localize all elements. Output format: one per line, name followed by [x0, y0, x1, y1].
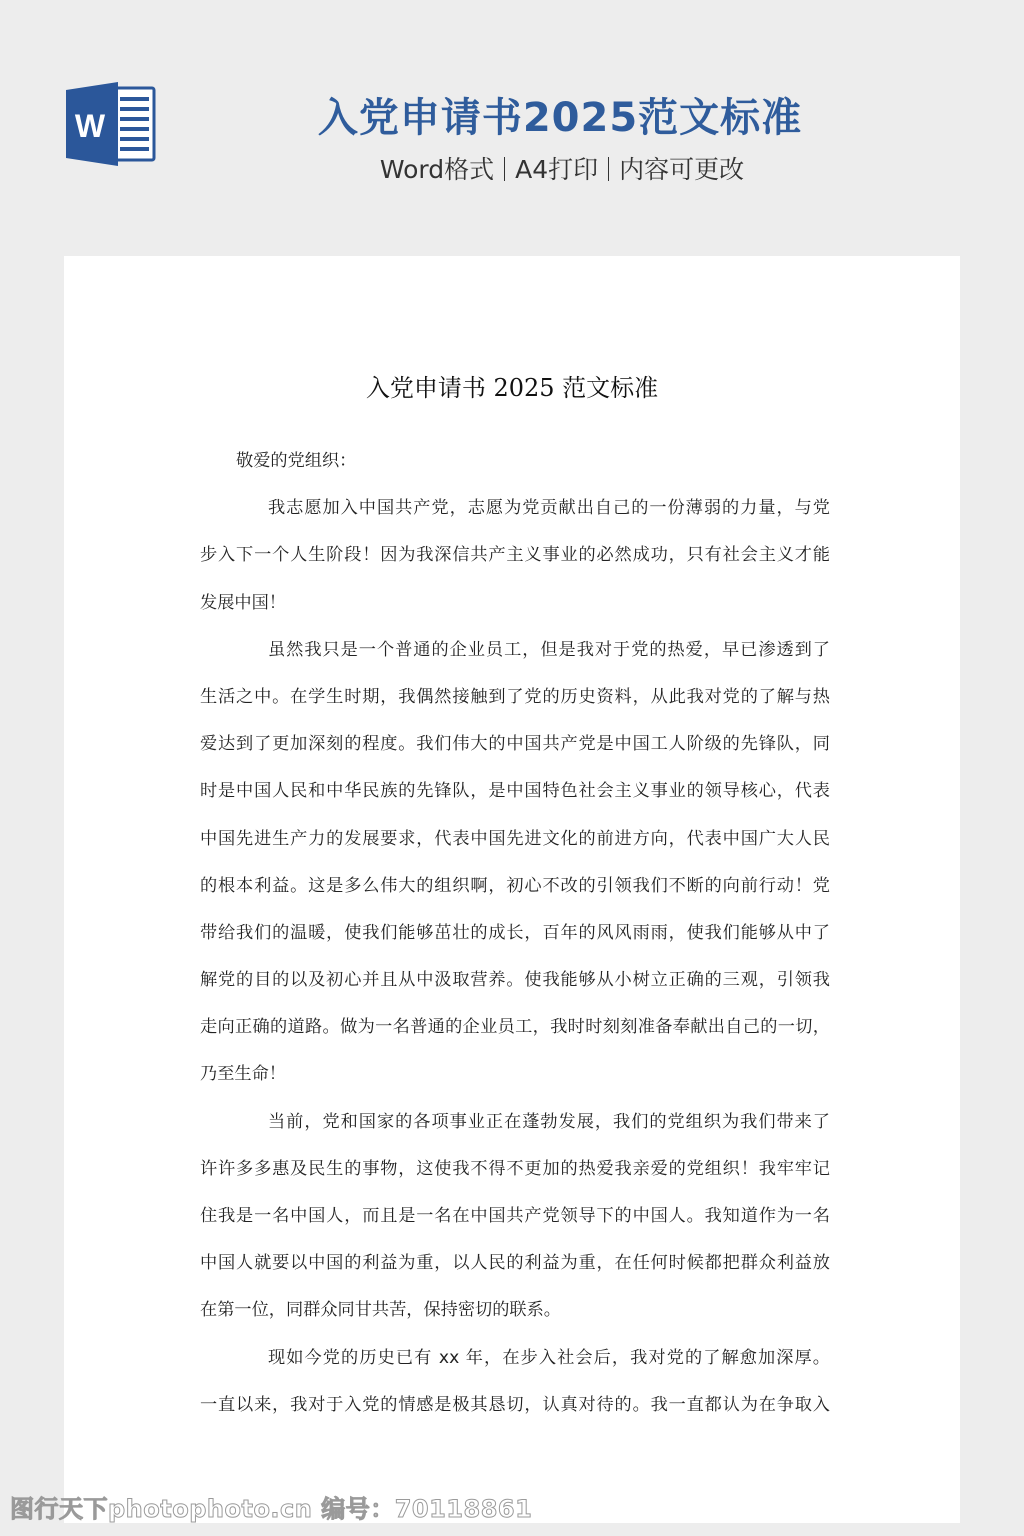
text-line: 中国人就要以中国的利益为重，以人民的利益为重，在任何时候都把群众利益放 [200, 1240, 830, 1287]
separator [608, 157, 609, 181]
document-title: 入党申请书 2025 范文标准 [64, 368, 960, 408]
document-body: 敬爱的党组织： 我志愿加入中国共产党，志愿为党贡献出自己的一份薄弱的力量，与党 … [200, 438, 830, 1429]
text-line: 步入下一个人生阶段！因为我深信共产主义事业的必然成功，只有社会主义才能 [200, 532, 830, 579]
text-line: 在第一位，同群众同甘共苦，保持密切的联系。 [200, 1287, 830, 1334]
format-label: Word格式 [380, 155, 494, 184]
print-label: A4打印 [515, 155, 598, 184]
text-line: 现如今党的历史已有 xx 年，在步入社会后，我对党的了解愈加深厚。 [200, 1335, 830, 1382]
text-line: 走向正确的道路。做为一名普通的企业员工，我时时刻刻准备奉献出自己的一切， [200, 1004, 830, 1051]
text-line: 一直以来，我对于入党的情感是极其恳切，认真对待的。我一直都认为在争取入 [200, 1382, 830, 1429]
text-line: 许许多多惠及民生的事物，这使我不得不更加的热爱我亲爱的党组织！我牢牢记 [200, 1146, 830, 1193]
document-page: 入党申请书 2025 范文标准 敬爱的党组织： 我志愿加入中国共产党，志愿为党贡… [64, 256, 960, 1523]
text-line: 带给我们的温暖，使我们能够茁壮的成长，百年的风风雨雨，使我们能够从中了 [200, 910, 830, 957]
text-line: 住我是一名中国人，而且是一名在中国共产党领导下的中国人。我知道作为一名 [200, 1193, 830, 1240]
text-line: 发展中国！ [200, 580, 830, 627]
text-line: 中国先进生产力的发展要求，代表中国先进文化的前进方向，代表中国广大人民 [200, 816, 830, 863]
text-line: 解党的目的以及初心并且从中汲取营养。使我能够从小树立正确的三观，引领我 [200, 957, 830, 1004]
header-title: 入党申请书2025范文标准 [0, 92, 1024, 144]
text-line: 的根本利益。这是多么伟大的组织啊，初心不改的引领我们不断的向前行动！党 [200, 863, 830, 910]
editable-label: 内容可更改 [619, 155, 744, 184]
text-line: 当前，党和国家的各项事业正在蓬勃发展，我们的党组织为我们带来了 [200, 1099, 830, 1146]
paragraph: 当前，党和国家的各项事业正在蓬勃发展，我们的党组织为我们带来了 许许多多惠及民生… [200, 1099, 830, 1335]
salutation: 敬爱的党组织： [200, 438, 830, 485]
text-line: 生活之中。在学生时期，我偶然接触到了党的历史资料，从此我对党的了解与热 [200, 674, 830, 721]
text-line: 虽然我只是一个普通的企业员工，但是我对于党的热爱，早已渗透到了 [200, 627, 830, 674]
paragraph: 现如今党的历史已有 xx 年，在步入社会后，我对党的了解愈加深厚。 一直以来，我… [200, 1335, 830, 1429]
text-line: 爱达到了更加深刻的程度。我们伟大的中国共产党是中国工人阶级的先锋队，同 [200, 721, 830, 768]
header-subtitle: Word格式A4打印内容可更改 [0, 152, 1024, 188]
text-line: 我志愿加入中国共产党，志愿为党贡献出自己的一份薄弱的力量，与党 [200, 485, 830, 532]
paragraph: 虽然我只是一个普通的企业员工，但是我对于党的热爱，早已渗透到了 生活之中。在学生… [200, 627, 830, 1099]
separator [504, 157, 505, 181]
text-line: 时是中国人民和中华民族的先锋队，是中国特色社会主义事业的领导核心，代表 [200, 768, 830, 815]
paragraph: 我志愿加入中国共产党，志愿为党贡献出自己的一份薄弱的力量，与党 步入下一个人生阶… [200, 485, 830, 627]
watermark: 图行天下photophoto.cn 编号：70118861 [10, 1492, 532, 1526]
text-line: 乃至生命！ [200, 1051, 830, 1098]
